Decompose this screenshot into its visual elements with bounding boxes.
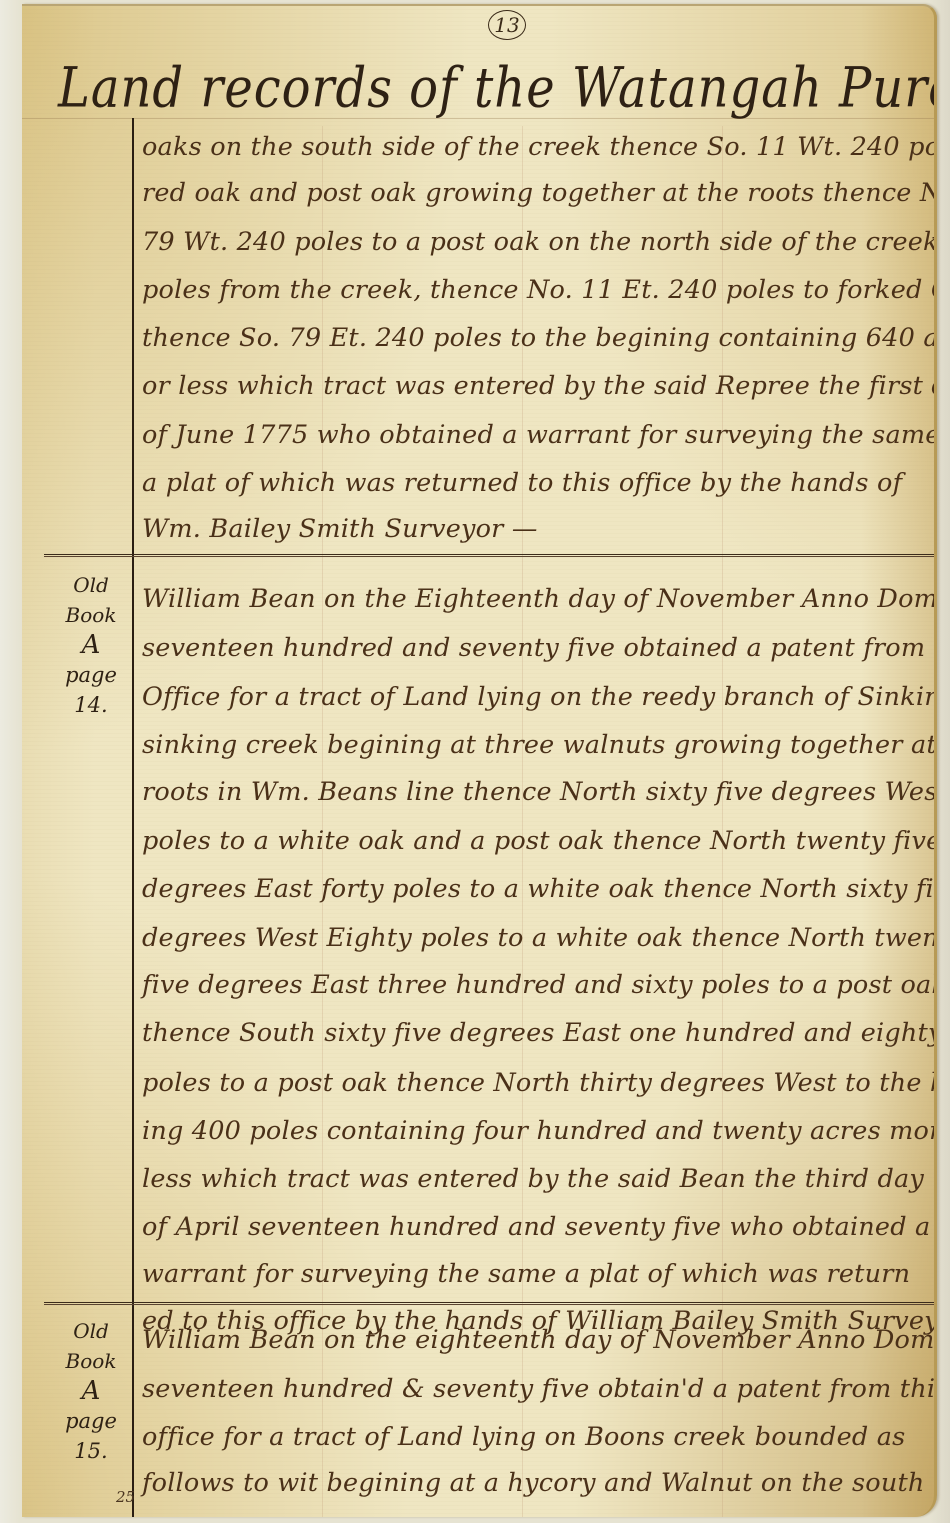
text-line: seventeen hundred & seventy five obtain'… bbox=[142, 1374, 922, 1404]
text-line: ing 400 poles containing four hundred an… bbox=[142, 1116, 922, 1146]
text-line: oaks on the south side of the creek then… bbox=[142, 132, 922, 162]
header-rule bbox=[22, 118, 934, 119]
text-line: poles to a white oak and a post oak then… bbox=[142, 826, 922, 856]
page-title: Land records of the Watangah Purchase bbox=[58, 56, 937, 120]
margin-line bbox=[132, 118, 134, 1517]
text-line: follows to wit begining at a hycory and … bbox=[142, 1468, 922, 1498]
text-line: five degrees East three hundred and sixt… bbox=[142, 970, 922, 1000]
text-line: red oak and post oak growing together at… bbox=[142, 178, 922, 208]
text-line: of April seventeen hundred and seventy f… bbox=[142, 1212, 922, 1242]
entry-divider bbox=[44, 1302, 934, 1305]
margin-reference: Old Book A page 15. bbox=[48, 1316, 134, 1466]
text-line: degrees West Eighty poles to a white oak… bbox=[142, 923, 922, 953]
text-line: William Bean on the eighteenth day of No… bbox=[142, 1325, 922, 1355]
text-line: Office for a tract of Land lying on the … bbox=[142, 682, 922, 712]
margin-reference-book: Old Book bbox=[48, 1316, 134, 1376]
text-line: poles from the creek, thence No. 11 Et. … bbox=[142, 275, 922, 305]
entry-divider bbox=[44, 554, 934, 557]
margin-reference: Old Book A page 14. bbox=[48, 570, 134, 720]
text-line: thence South sixty five degrees East one… bbox=[142, 1018, 922, 1048]
text-line: warrant for surveying the same a plat of… bbox=[142, 1259, 922, 1289]
folio-mark: 25 bbox=[116, 1488, 135, 1506]
scanned-manuscript: 13 Land records of the Watangah Purchase… bbox=[0, 0, 950, 1523]
margin-reference-volume: A bbox=[48, 1376, 134, 1406]
text-line: less which tract was entered by the said… bbox=[142, 1164, 922, 1194]
text-line: roots in Wm. Beans line thence North six… bbox=[142, 777, 922, 807]
margin-reference-page: page 15. bbox=[48, 1406, 134, 1466]
page-number: 13 bbox=[488, 10, 526, 40]
margin-reference-volume: A bbox=[48, 630, 134, 660]
text-line: degrees East forty poles to a white oak … bbox=[142, 874, 922, 904]
text-line: William Bean on the Eighteenth day of No… bbox=[142, 584, 922, 614]
margin-reference-page: page 14. bbox=[48, 660, 134, 720]
text-line: 79 Wt. 240 poles to a post oak on the no… bbox=[142, 227, 922, 257]
margin-reference-book: Old Book bbox=[48, 570, 134, 630]
text-line: poles to a post oak thence North thirty … bbox=[142, 1068, 922, 1098]
ledger-page: 13 Land records of the Watangah Purchase… bbox=[22, 4, 937, 1517]
text-line: of June 1775 who obtained a warrant for … bbox=[142, 420, 922, 450]
text-line: or less which tract was entered by the s… bbox=[142, 371, 922, 401]
text-line: seventeen hundred and seventy five obtai… bbox=[142, 633, 922, 663]
text-line: office for a tract of Land lying on Boon… bbox=[142, 1422, 922, 1452]
text-line: sinking creek begining at three walnuts … bbox=[142, 730, 922, 760]
text-line: a plat of which was returned to this off… bbox=[142, 468, 922, 498]
text-line: Wm. Bailey Smith Surveyor — bbox=[142, 514, 922, 544]
text-line: thence So. 79 Et. 240 poles to the begin… bbox=[142, 323, 922, 353]
